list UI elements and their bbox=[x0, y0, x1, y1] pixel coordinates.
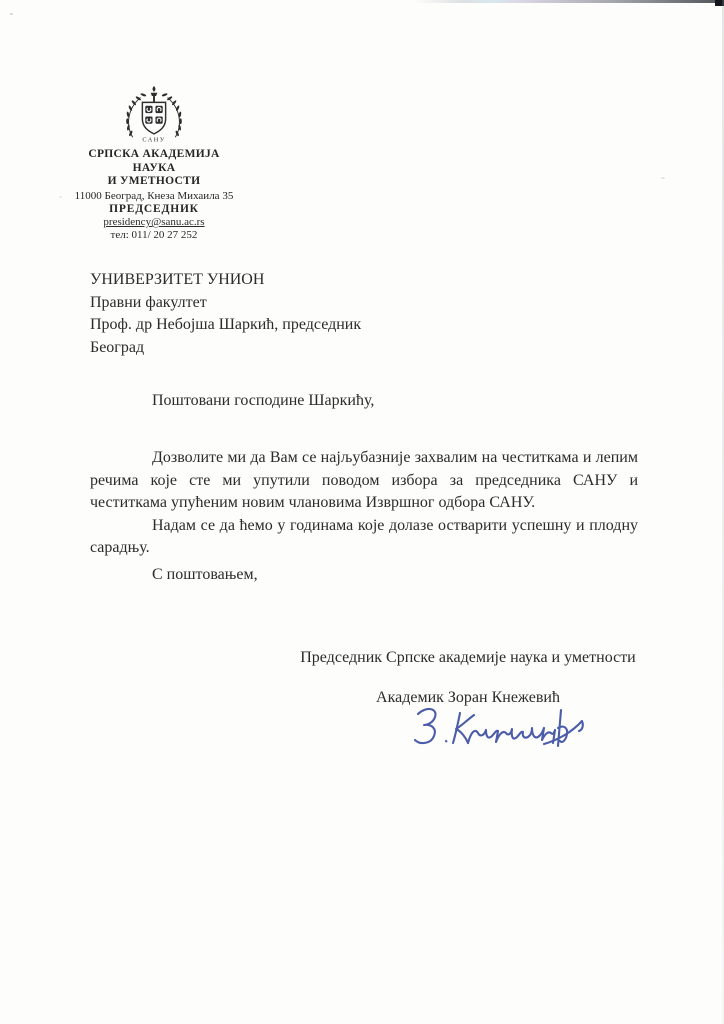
office-title: ПРЕДСЕДНИК bbox=[68, 203, 240, 217]
body-paragraph-2: Надам се да ћемо у годинама које долазе … bbox=[90, 515, 638, 560]
recipient-university: УНИВЕРЗИТЕТ УНИОН bbox=[90, 269, 361, 292]
scan-speckle bbox=[661, 177, 665, 179]
signer-title: Председник Српске академије наука и умет… bbox=[290, 649, 646, 667]
phone-number: тел: 011/ 20 27 252 bbox=[68, 229, 240, 242]
scanned-letter-page: САНУ СРПСКА АКАДЕМИЈА НАУКА И УМЕТНОСТИ … bbox=[0, 0, 724, 1024]
handwritten-signature-icon bbox=[398, 700, 588, 762]
recipient-block: УНИВЕРЗИТЕТ УНИОН Правни факултет Проф. … bbox=[90, 269, 361, 359]
scan-speckle bbox=[10, 13, 13, 15]
email-address: presidency@sanu.ac.rs bbox=[68, 216, 240, 229]
salutation: Поштовани господине Шаркићу, bbox=[152, 392, 374, 410]
recipient-person: Проф. др Небојша Шаркић, председник bbox=[90, 314, 361, 337]
recipient-faculty: Правни факултет bbox=[90, 292, 361, 315]
letterhead: САНУ СРПСКА АКАДЕМИЈА НАУКА И УМЕТНОСТИ … bbox=[68, 84, 240, 242]
emblem-sanu-label: САНУ bbox=[142, 137, 165, 144]
recipient-city: Београд bbox=[90, 337, 361, 360]
sanu-emblem-icon: САНУ bbox=[117, 84, 191, 146]
torch-icon bbox=[151, 86, 158, 102]
org-address: 11000 Београд, Кнеза Михаила 35 bbox=[68, 190, 240, 203]
org-name-line2: И УМЕТНОСТИ bbox=[68, 175, 240, 189]
scan-edge-artifact-top bbox=[0, 0, 724, 3]
body-paragraph-1: Дозволите ми да Вам се најљубазније захв… bbox=[90, 447, 638, 515]
letter-body: Дозволите ми да Вам се најљубазније захв… bbox=[90, 447, 638, 560]
scan-speckle bbox=[59, 196, 62, 198]
closing-phrase: С поштовањем, bbox=[152, 566, 258, 584]
shield-icon bbox=[142, 102, 165, 133]
org-name-line1: СРПСКА АКАДЕМИЈА НАУКА bbox=[68, 148, 240, 175]
